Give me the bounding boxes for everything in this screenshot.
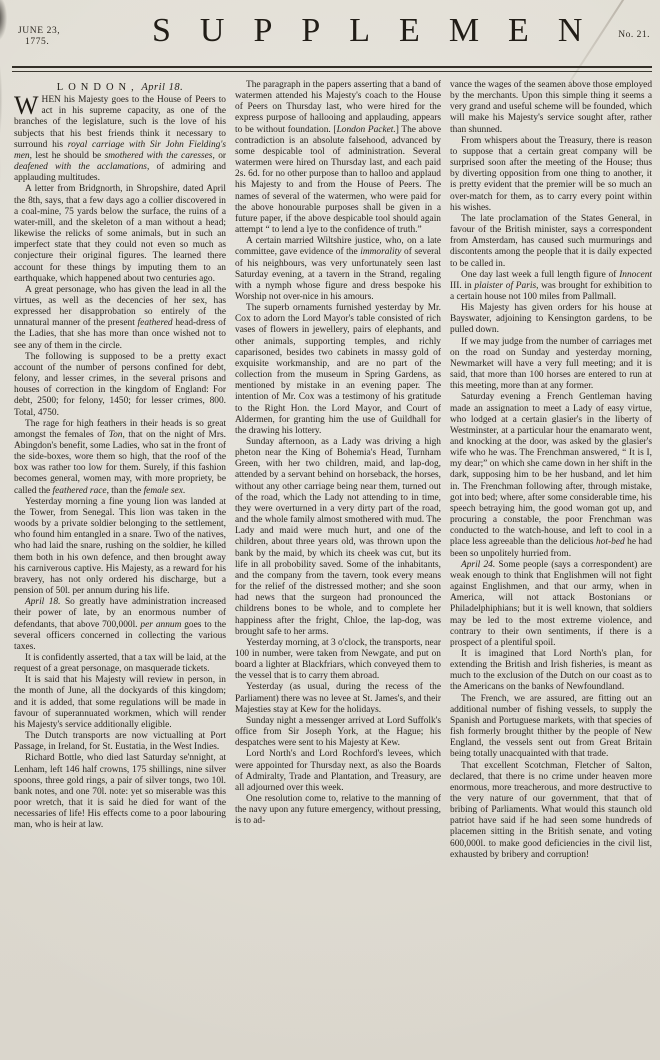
column-right-text: vance the wages of the seamen above thos…: [450, 80, 652, 861]
issue-date: JUNE 23, 1775.: [18, 26, 60, 47]
column-left: LONDON, April 18. WHEN his Majesty goes …: [14, 80, 226, 1060]
column-middle-text: The paragraph in the papers asserting th…: [235, 80, 441, 827]
column-left-text: WHEN his Majesty goes to the House of Pe…: [14, 95, 226, 831]
paragraph: Saturday evening a French Gentleman havi…: [450, 392, 652, 559]
dateline-place: LONDON,: [57, 82, 139, 93]
drop-cap: W: [14, 95, 42, 116]
page-body: LONDON, April 18. WHEN his Majesty goes …: [14, 80, 652, 1060]
paragraph: A great personage, who has given the lea…: [14, 285, 226, 352]
paragraph: WHEN his Majesty goes to the House of Pe…: [14, 95, 226, 184]
paragraph: It is confidently asserted, that a tax w…: [14, 653, 226, 675]
paragraph: The following is supposed to be a pretty…: [14, 352, 226, 419]
paragraph: April 18. So greatly have administration…: [14, 597, 226, 653]
paragraph: The late proclamation of the States Gene…: [450, 214, 652, 270]
paragraph: Sunday afternoon, as a Lady was driving …: [235, 437, 441, 638]
paragraph: Richard Bottle, who died last Saturday s…: [14, 753, 226, 831]
paragraph: It is said that his Majesty will review …: [14, 675, 226, 731]
issue-number: No. 21.: [618, 30, 650, 40]
page-header: JUNE 23, 1775. SUPPLEMEN No. 21.: [0, 0, 660, 72]
paragraph: Sunday night a messenger arrived at Lord…: [235, 716, 441, 749]
paragraph: From whispers about the Treasury, there …: [450, 136, 652, 214]
paragraph: Yesterday morning a fine young lion was …: [14, 497, 226, 597]
masthead-title: SUPPLEMEN: [152, 12, 611, 50]
column-middle: The paragraph in the papers asserting th…: [235, 80, 441, 1060]
paragraph: It is imagined that Lord North's plan, f…: [450, 649, 652, 694]
paragraph: If we may judge from the number of carri…: [450, 337, 652, 393]
paragraph: vance the wages of the seamen above thos…: [450, 80, 652, 136]
column-right: vance the wages of the seamen above thos…: [450, 80, 652, 1060]
paragraph: One day last week a full length figure o…: [450, 270, 652, 303]
paragraph: His Majesty has given orders for his hou…: [450, 303, 652, 336]
paragraph: Lord North's and Lord Rochford's levees,…: [235, 749, 441, 794]
paragraph: That excellent Scotchman, Fletcher of Sa…: [450, 761, 652, 861]
header-rule: [12, 66, 652, 72]
paragraph: Yesterday morning, at 3 o'clock, the tra…: [235, 638, 441, 683]
issue-date-line1: JUNE 23,: [18, 26, 60, 37]
dateline-date: April 18.: [141, 82, 183, 93]
issue-date-line2: 1775.: [18, 37, 60, 48]
paragraph: A certain married Wiltshire justice, who…: [235, 236, 441, 303]
paragraph: The superb ornaments furnished yesterday…: [235, 303, 441, 437]
paragraph: The Dutch transports are now victualling…: [14, 731, 226, 753]
paragraph: A letter from Bridgnorth, in Shropshire,…: [14, 184, 226, 284]
paragraph: Yesterday (as usual, during the recess o…: [235, 682, 441, 715]
paragraph: April 24. Some people (says a correspond…: [450, 560, 652, 649]
newspaper-page: { "header": { "date_top": "JUNE 23,", "d…: [0, 0, 660, 1060]
paragraph: The rage for high feathers in their head…: [14, 419, 226, 497]
paragraph: The paragraph in the papers asserting th…: [235, 80, 441, 236]
paragraph: One resolution come to, relative to the …: [235, 794, 441, 827]
paragraph: The French, we are assured, are fitting …: [450, 694, 652, 761]
dateline: LONDON, April 18.: [14, 82, 226, 93]
